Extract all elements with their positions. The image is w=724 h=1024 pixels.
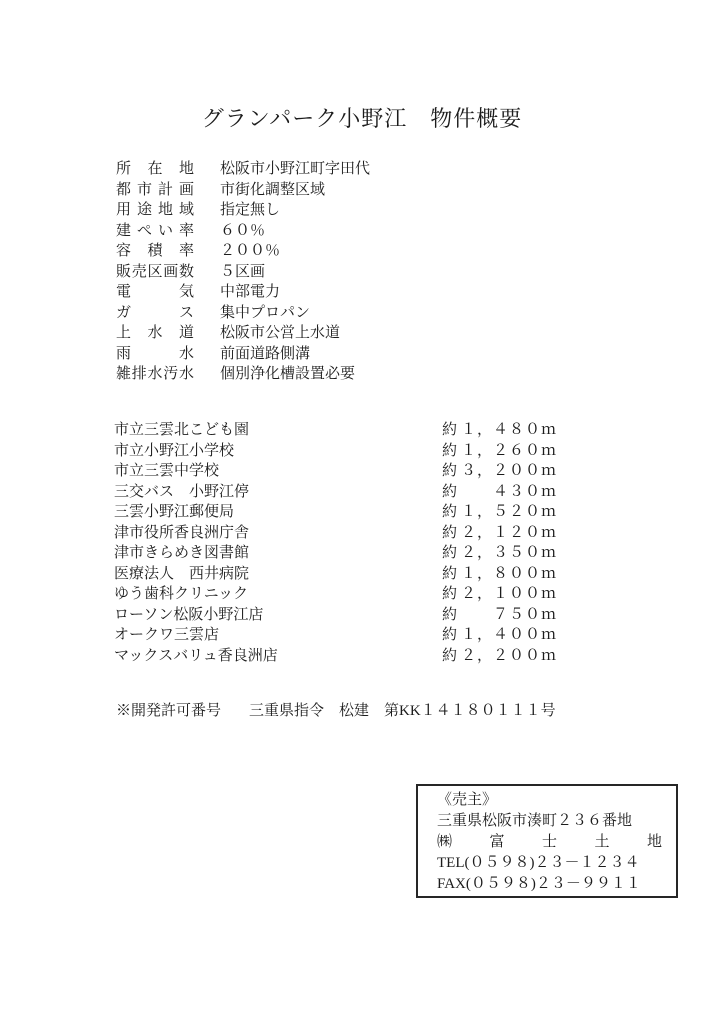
approx-label: 約 bbox=[442, 584, 457, 605]
permit-note: ※開発許可番号 三重県指令 松建 第KK１４１８０１１１号 bbox=[116, 700, 556, 722]
detail-value: 集中プロパン bbox=[220, 303, 536, 324]
distance-value: ２，１２０ｍ bbox=[461, 523, 557, 544]
facility-distance: 約１，５２０ｍ bbox=[442, 502, 557, 523]
approx-label: 約 bbox=[442, 605, 457, 626]
facility-distance: 約１，８００ｍ bbox=[442, 564, 557, 585]
facility-name: 津市役所香良洲庁舎 bbox=[114, 523, 442, 544]
facility-name: オークワ三雲店 bbox=[114, 625, 442, 646]
distance-value: １，４８０ｍ bbox=[461, 420, 557, 441]
distance-value: １，５２０ｍ bbox=[461, 502, 557, 523]
seller-address: 三重県松阪市湊町２３６番地 bbox=[437, 811, 662, 832]
distance-value: ７５０ｍ bbox=[493, 605, 557, 626]
seller-company-name: ㈱ 富 士 土 地 bbox=[437, 832, 662, 853]
detail-value: 松阪市公営上水道 bbox=[220, 323, 536, 344]
detail-value: 個別浄化槽設置必要 bbox=[220, 364, 536, 385]
detail-row: 容積率 ２００％ bbox=[116, 241, 536, 262]
detail-value: 市街化調整区域 bbox=[220, 180, 536, 201]
facility-name: マックスバリュ香良洲店 bbox=[114, 646, 442, 667]
permit-number: 三重県指令 松建 第KK１４１８０１１１号 bbox=[249, 700, 556, 722]
approx-label: 約 bbox=[442, 523, 457, 544]
detail-value: ２００％ bbox=[220, 241, 536, 262]
detail-row: 販売区画数 ５区画 bbox=[116, 262, 536, 283]
facility-row: マックスバリュ香良洲店 約２，２００ｍ bbox=[114, 646, 557, 667]
detail-label: 建ぺい率 bbox=[116, 221, 194, 242]
detail-row: 建ぺい率 ６０％ bbox=[116, 221, 536, 242]
distance-value: １，２６０ｍ bbox=[461, 441, 557, 462]
distance-value: ２，２００ｍ bbox=[461, 646, 557, 667]
approx-label: 約 bbox=[442, 625, 457, 646]
facility-distance: 約１，４８０ｍ bbox=[442, 420, 557, 441]
nearby-facilities-list: 市立三雲北こども園 約１，４８０ｍ 市立小野江小学校 約１，２６０ｍ 市立三雲中… bbox=[114, 420, 557, 666]
facility-distance: 約２，１００ｍ bbox=[442, 584, 557, 605]
approx-label: 約 bbox=[442, 482, 457, 503]
facility-name: 三交バス 小野江停 bbox=[114, 482, 442, 503]
facility-name: 市立三雲北こども園 bbox=[114, 420, 442, 441]
approx-label: 約 bbox=[442, 646, 457, 667]
approx-label: 約 bbox=[442, 564, 457, 585]
facility-row: 医療法人 西井病院 約１，８００ｍ bbox=[114, 564, 557, 585]
facility-name: 津市きらめき図書館 bbox=[114, 543, 442, 564]
detail-row: 上水道 松阪市公営上水道 bbox=[116, 323, 536, 344]
permit-label: ※開発許可番号 bbox=[116, 700, 221, 722]
detail-row: 雑排水汚水 個別浄化槽設置必要 bbox=[116, 364, 536, 385]
facility-distance: 約３，２００ｍ bbox=[442, 461, 557, 482]
facility-distance: 約１，４００ｍ bbox=[442, 625, 557, 646]
approx-label: 約 bbox=[442, 543, 457, 564]
facility-row: オークワ三雲店 約１，４００ｍ bbox=[114, 625, 557, 646]
facility-name: 市立小野江小学校 bbox=[114, 441, 442, 462]
property-details: 所在地 松阪市小野江町字田代 都市計画 市街化調整区域 用途地域 指定無し 建ぺ… bbox=[116, 159, 536, 385]
approx-label: 約 bbox=[442, 441, 457, 462]
facility-row: 津市役所香良洲庁舎 約２，１２０ｍ bbox=[114, 523, 557, 544]
facility-name: 市立三雲中学校 bbox=[114, 461, 442, 482]
detail-label: 用途地域 bbox=[116, 200, 194, 221]
distance-value: １，８００ｍ bbox=[461, 564, 557, 585]
detail-value: 松阪市小野江町字田代 bbox=[220, 159, 536, 180]
approx-label: 約 bbox=[442, 420, 457, 441]
facility-distance: 約２，１２０ｍ bbox=[442, 523, 557, 544]
detail-value: 指定無し bbox=[220, 200, 536, 221]
detail-value: ６０％ bbox=[220, 221, 536, 242]
facility-row: 市立小野江小学校 約１，２６０ｍ bbox=[114, 441, 557, 462]
detail-label: 雨水 bbox=[116, 344, 194, 365]
facility-distance: 約２，３５０ｍ bbox=[442, 543, 557, 564]
detail-value: 中部電力 bbox=[220, 282, 536, 303]
facility-row: ローソン松阪小野江店 約７５０ｍ bbox=[114, 605, 557, 626]
distance-value: ４３０ｍ bbox=[493, 482, 557, 503]
detail-label: 所在地 bbox=[116, 159, 194, 180]
seller-box: 《売主》 三重県松阪市湊町２３６番地 ㈱ 富 士 土 地 TEL(０５９８)２３… bbox=[416, 784, 678, 898]
seller-fax: FAX(０５９８)２３－９９１１ bbox=[437, 874, 662, 895]
detail-value: 前面道路側溝 bbox=[220, 344, 536, 365]
facility-name: ローソン松阪小野江店 bbox=[114, 605, 442, 626]
detail-row: 電気 中部電力 bbox=[116, 282, 536, 303]
detail-label: 雑排水汚水 bbox=[116, 364, 194, 385]
facility-distance: 約２，２００ｍ bbox=[442, 646, 557, 667]
detail-value: ５区画 bbox=[220, 262, 536, 283]
detail-row: 雨水 前面道路側溝 bbox=[116, 344, 536, 365]
facility-name: 医療法人 西井病院 bbox=[114, 564, 442, 585]
detail-row: 都市計画 市街化調整区域 bbox=[116, 180, 536, 201]
detail-label: 販売区画数 bbox=[116, 262, 194, 283]
approx-label: 約 bbox=[442, 461, 457, 482]
detail-row: 所在地 松阪市小野江町字田代 bbox=[116, 159, 536, 180]
detail-row: 用途地域 指定無し bbox=[116, 200, 536, 221]
distance-value: ３，２００ｍ bbox=[461, 461, 557, 482]
facility-row: 市立三雲北こども園 約１，４８０ｍ bbox=[114, 420, 557, 441]
facility-distance: 約４３０ｍ bbox=[442, 482, 557, 503]
detail-label: 都市計画 bbox=[116, 180, 194, 201]
approx-label: 約 bbox=[442, 502, 457, 523]
distance-value: ２，１００ｍ bbox=[461, 584, 557, 605]
facility-row: 市立三雲中学校 約３，２００ｍ bbox=[114, 461, 557, 482]
detail-label: 容積率 bbox=[116, 241, 194, 262]
document-page: グランパーク小野江 物件概要 所在地 松阪市小野江町字田代 都市計画 市街化調整… bbox=[0, 0, 724, 1024]
facility-distance: 約１，２６０ｍ bbox=[442, 441, 557, 462]
detail-label: 電気 bbox=[116, 282, 194, 303]
detail-label: 上水道 bbox=[116, 323, 194, 344]
detail-row: ガス 集中プロパン bbox=[116, 303, 536, 324]
facility-distance: 約７５０ｍ bbox=[442, 605, 557, 626]
facility-row: 三雲小野江郵便局 約１，５２０ｍ bbox=[114, 502, 557, 523]
facility-row: ゆう歯科クリニック 約２，１００ｍ bbox=[114, 584, 557, 605]
seller-heading: 《売主》 bbox=[437, 790, 662, 811]
facility-name: 三雲小野江郵便局 bbox=[114, 502, 442, 523]
facility-name: ゆう歯科クリニック bbox=[114, 584, 442, 605]
distance-value: １，４００ｍ bbox=[461, 625, 557, 646]
facility-row: 津市きらめき図書館 約２，３５０ｍ bbox=[114, 543, 557, 564]
page-title: グランパーク小野江 物件概要 bbox=[0, 103, 724, 135]
distance-value: ２，３５０ｍ bbox=[461, 543, 557, 564]
seller-tel: TEL(０５９８)２３－１２３４ bbox=[437, 853, 662, 874]
facility-row: 三交バス 小野江停 約４３０ｍ bbox=[114, 482, 557, 503]
detail-label: ガス bbox=[116, 303, 194, 324]
